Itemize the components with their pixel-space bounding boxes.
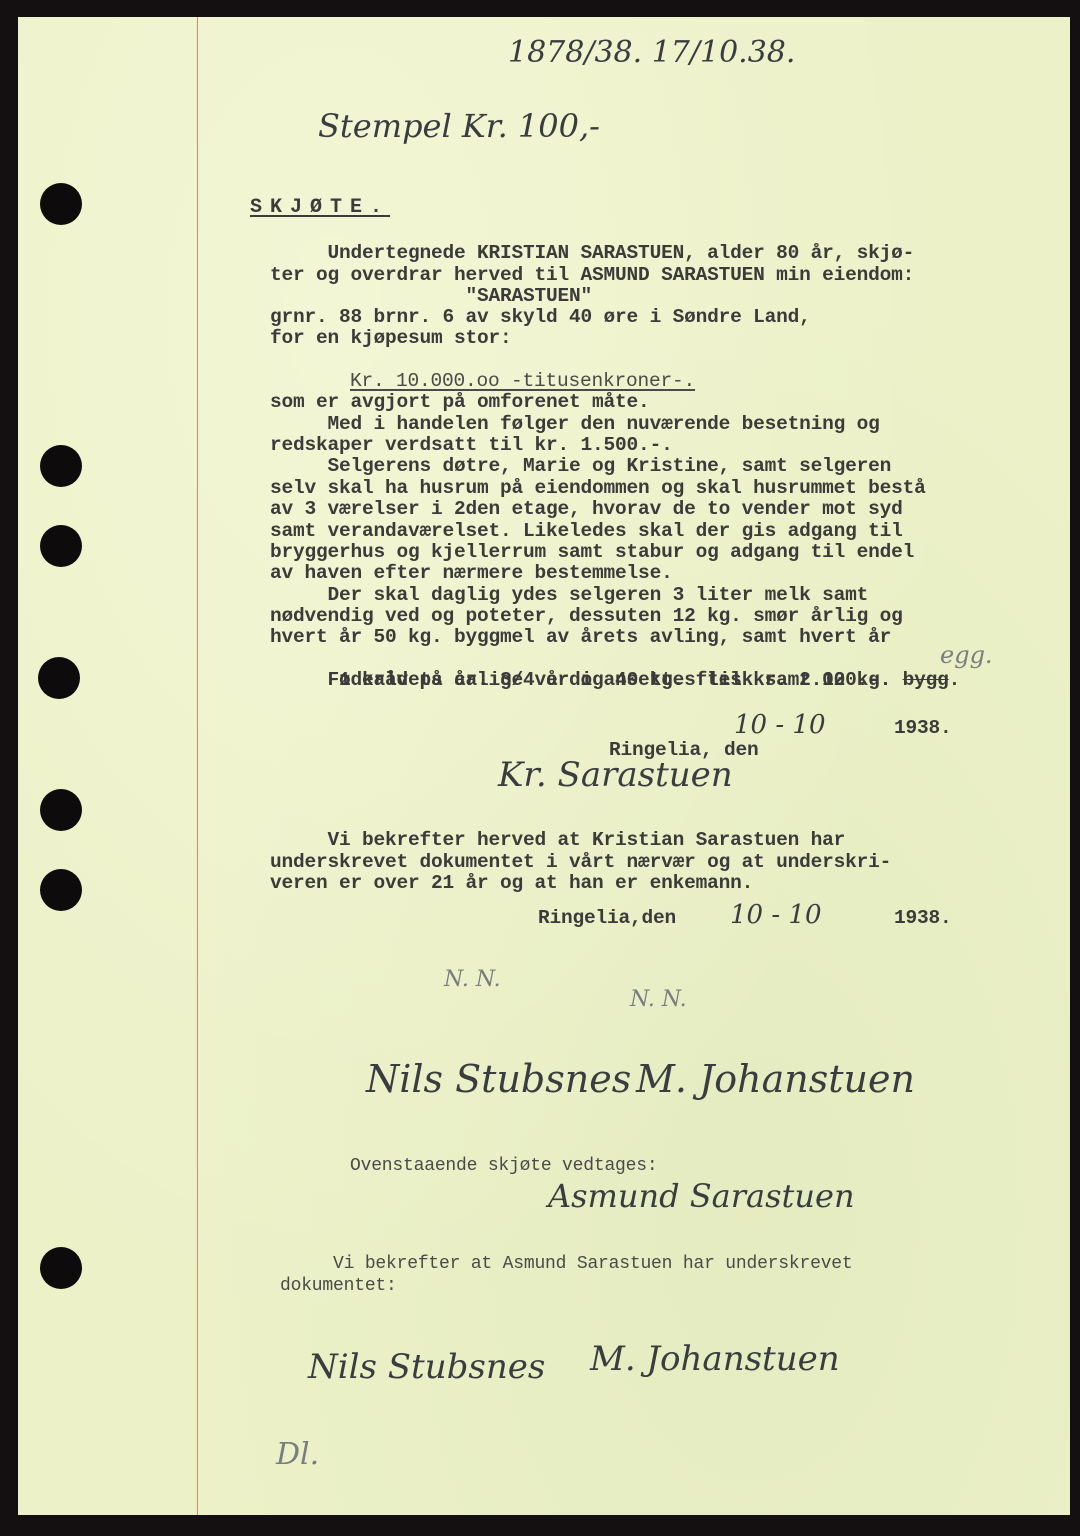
body-line: av haven efter nærmere bestemmelse. [270,562,673,584]
witness-signature: M. Johanstuen [636,1057,915,1101]
body-line: grnr. 88 brnr. 6 av skyld 40 øre i Søndr… [270,306,811,328]
body-line: "SARASTUEN" [270,285,592,307]
body-line: ter og overdrar herved til ASMUND SARAST… [270,264,914,286]
initials-mark: Dl. [276,1437,319,1472]
punch-hole-icon [40,789,82,831]
witness-signature: Nils Stubsnes [308,1347,545,1387]
body-line: selv skal ha husrum på eiendommen og ska… [270,477,926,499]
punch-hole-icon [40,183,82,225]
scanned-document: 1878/38. 17/10.38. Stempel Kr. 100,- SKJ… [0,0,1080,1536]
witness-signature: M. Johanstuen [590,1339,840,1379]
witness-line: Vi bekrefter herved at Kristian Sarastue… [270,829,845,851]
body-line: bryggerhus og kjellerrum samt stabur og … [270,541,914,563]
punch-hole-icon [40,869,82,911]
body-line: av 3 værelser i 2den etage, hvorav de to… [270,498,903,520]
witness-mark: N. N. [630,987,687,1012]
body-line: Undertegnede KRISTIAN SARASTUEN, alder 8… [270,242,914,264]
buyer-signature: Asmund Sarastuen [548,1177,855,1215]
body-line: samt verandaværelset. Likeledes skal der… [270,520,903,542]
purchase-price: Kr. 10.000.oo -titusenkroner-. [350,370,695,392]
witness-line: veren er over 21 år og at han er enkeman… [270,872,753,894]
body-line: hvert år 50 kg. byggmel av årets avling,… [270,626,891,648]
place-date-line: Ringelia,den [538,907,676,929]
paper-sheet: 1878/38. 17/10.38. Stempel Kr. 100,- SKJ… [18,17,1070,1515]
body-line: nødvendig ved og poteter, dessuten 12 kg… [270,605,903,627]
confirmation-line: Vi bekrefter at Asmund Sarastuen har und… [280,1253,853,1275]
margin-correction: egg. [940,641,993,669]
witness-mark: N. N. [444,967,501,992]
confirmation-line: dokumentet: [280,1275,397,1297]
body-line: Med i handelen følger den nuværende bese… [270,413,880,435]
body-line: Føderådets årlige verdi ansettes til kr.… [270,669,891,691]
red-margin-line [197,17,198,1515]
date-year: 1938. [894,717,952,739]
body-line: redskaper verdsatt til kr. 1.500.-. [270,434,673,456]
registration-note: 1878/38. 17/10.38. [508,35,795,70]
handwritten-date: 10 - 10 [730,900,821,930]
body-line: for en kjøpesum stor: [270,327,512,349]
punch-hole-icon [40,1247,82,1289]
date-year: 1938. [894,907,952,929]
witness-signature: Nils Stubsnes [366,1057,631,1101]
struck-word: bygg [903,669,949,691]
body-line: Selgerens døtre, Marie og Kristine, samt… [270,455,891,477]
punch-hole-icon [40,445,82,487]
punch-hole-icon [40,525,82,567]
handwritten-date: 10 - 10 [734,710,825,740]
witness-line: underskrevet dokumentet i vårt nærvær og… [270,851,891,873]
acceptance-text: Ovenstaaende skjøte vedtages: [350,1155,657,1177]
punch-hole-icon [38,657,80,699]
seller-signature: Kr. Sarastuen [498,755,733,795]
body-line-suffix: . [949,669,961,691]
body-line: som er avgjort på omforenet måte. [270,391,650,413]
stamp-fee-note: Stempel Kr. 100,- [318,107,600,145]
body-line: Der skal daglig ydes selgeren 3 liter me… [270,584,868,606]
document-title: SKJØTE. [250,197,390,219]
